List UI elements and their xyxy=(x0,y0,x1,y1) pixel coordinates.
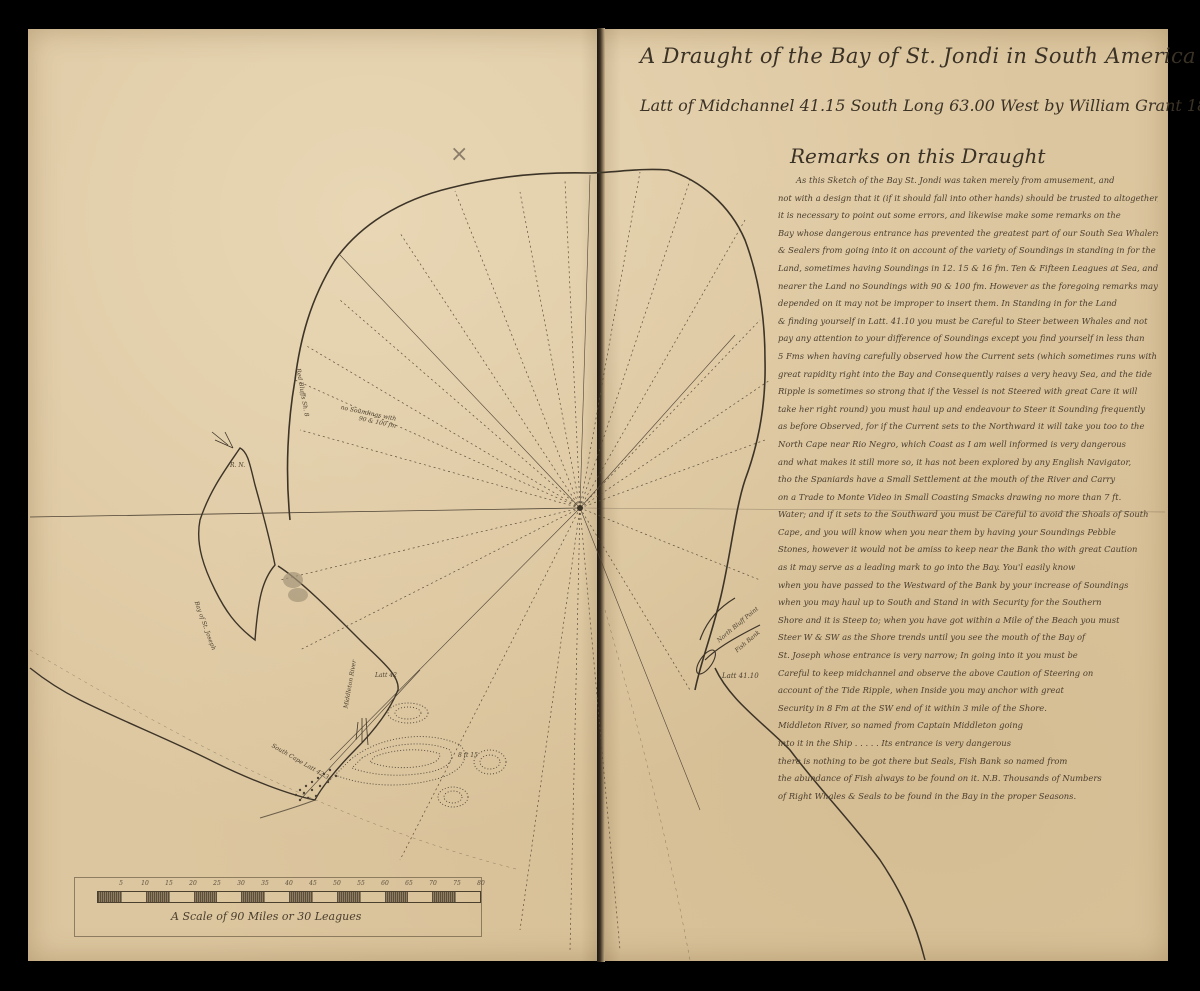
scale-tick: 55 xyxy=(357,880,365,887)
remarks-line: great rapidity right into the Bay and Co… xyxy=(778,366,1158,384)
scale-tick: 15 xyxy=(165,880,173,887)
compass-rose-center xyxy=(577,505,583,511)
scale-bar xyxy=(97,891,481,903)
scale-tick: 65 xyxy=(405,880,413,887)
remarks-line: of Right Whales & Seals to be found in t… xyxy=(778,788,1158,806)
remarks-heading: Remarks on this Draught xyxy=(790,144,1045,168)
west-coast-south xyxy=(30,566,398,800)
remarks-line: Stones, however it would not be amiss to… xyxy=(778,541,1158,559)
remarks-line: nearer the Land no Soundings with 90 & 1… xyxy=(778,278,1158,296)
scale-tick: 35 xyxy=(261,880,269,887)
remarks-line: it is necessary to point out some errors… xyxy=(778,207,1158,225)
remarks-line: and what makes it still more so, it has … xyxy=(778,454,1158,472)
chart-subtitle: Latt of Midchannel 41.15 South Long 63.0… xyxy=(640,96,1200,115)
remarks-line: as before Observed, for if the Current s… xyxy=(778,418,1158,436)
east-latitude-label: Latt 41.10 xyxy=(722,672,759,680)
scale-caption: A Scale of 90 Miles or 30 Leagues xyxy=(171,910,361,923)
remarks-line: as it may serve as a leading mark to go … xyxy=(778,559,1158,577)
remarks-line: pay any attention to your difference of … xyxy=(778,330,1158,348)
shoal-patch xyxy=(283,572,303,588)
scale-tick: 45 xyxy=(309,880,317,887)
remarks-line: Ripple is sometimes so strong that if th… xyxy=(778,383,1158,401)
remarks-line: North Cape near Rio Negro, which Coast a… xyxy=(778,436,1158,454)
remarks-line: Shore and it is Steep to; when you have … xyxy=(778,612,1158,630)
remarks-line: Water; and if it sets to the Southward y… xyxy=(778,506,1158,524)
remarks-line: there is nothing to be got there but Sea… xyxy=(778,753,1158,771)
scale-tick: 30 xyxy=(237,880,245,887)
cape-latitude-label: Latt 42 xyxy=(375,672,397,679)
remarks-line: & finding yourself in Latt. 41.10 you mu… xyxy=(778,313,1158,331)
scale-tick: 40 xyxy=(285,880,293,887)
bay-coastline xyxy=(288,169,766,690)
remarks-text: As this Sketch of the Bay St. Jondi was … xyxy=(778,172,1158,805)
scale-tick: 5 xyxy=(119,880,123,887)
scale-tick: 25 xyxy=(213,880,221,887)
scale-tick: 10 xyxy=(141,880,149,887)
remarks-line: & Sealers from going into it on account … xyxy=(778,242,1158,260)
scale-tick-labels: 5 10 15 20 25 30 35 40 45 50 55 60 65 70… xyxy=(97,880,481,890)
remarks-line: Steer W & SW as the Shore trends until y… xyxy=(778,629,1158,647)
remarks-line: tho the Spaniards have a Small Settlemen… xyxy=(778,471,1158,489)
chart-title: A Draught of the Bay of St. Jondi in Sou… xyxy=(640,44,1196,68)
remarks-line: Careful to keep midchannel and observe t… xyxy=(778,665,1158,683)
scale-tick: 75 xyxy=(453,880,461,887)
remarks-line: take her right round) you must haul up a… xyxy=(778,401,1158,419)
remarks-line: Middleton River, so named from Captain M… xyxy=(778,717,1158,735)
fish-bank-shoals xyxy=(335,703,506,807)
remarks-line: the abundance of Fish always to be found… xyxy=(778,770,1158,788)
peninsula-st-joseph xyxy=(199,448,275,640)
remarks-line: Bay whose dangerous entrance has prevent… xyxy=(778,225,1158,243)
remarks-line: 5 Fms when having carefully observed how… xyxy=(778,348,1158,366)
compass-rose-solid-rays xyxy=(330,175,735,810)
pencil-x-mark: × xyxy=(450,142,468,167)
scale-tick: 50 xyxy=(333,880,341,887)
middleton-river xyxy=(356,718,368,745)
remarks-line: St. Joseph whose entrance is very narrow… xyxy=(778,647,1158,665)
remarks-line: on a Trade to Monte Video in Small Coast… xyxy=(778,489,1158,507)
scale-tick: 20 xyxy=(189,880,197,887)
north-river-label: R. N. xyxy=(230,462,245,469)
remarks-line: depended on it may not be improper to in… xyxy=(778,295,1158,313)
fish-bank-soundings: 8 ft 15 xyxy=(458,752,478,759)
remarks-line: when you have passed to the Westward of … xyxy=(778,577,1158,595)
remarks-line: Security in 8 Fm at the SW end of it wit… xyxy=(778,700,1158,718)
scale-tick: 70 xyxy=(429,880,437,887)
river-north xyxy=(212,432,233,448)
remarks-line: when you may haul up to South and Stand … xyxy=(778,594,1158,612)
remarks-line: account of the Tide Ripple, when Inside … xyxy=(778,682,1158,700)
latitude-line xyxy=(30,508,580,517)
shoal-patch xyxy=(288,588,308,602)
compass-rose-rays xyxy=(280,172,770,950)
scale-tick: 60 xyxy=(381,880,389,887)
remarks-line: Land, sometimes having Soundings in 12. … xyxy=(778,260,1158,278)
remarks-line: into it in the Ship . . . . . Its entran… xyxy=(778,735,1158,753)
remarks-line: Cape, and you will know when you near th… xyxy=(778,524,1158,542)
scale-tick: 80 xyxy=(477,880,485,887)
scale-of-miles: 5 10 15 20 25 30 35 40 45 50 55 60 65 70… xyxy=(74,877,482,937)
remarks-line: not with a design that it (if it should … xyxy=(778,190,1158,208)
remarks-line: As this Sketch of the Bay St. Jondi was … xyxy=(778,172,1158,190)
